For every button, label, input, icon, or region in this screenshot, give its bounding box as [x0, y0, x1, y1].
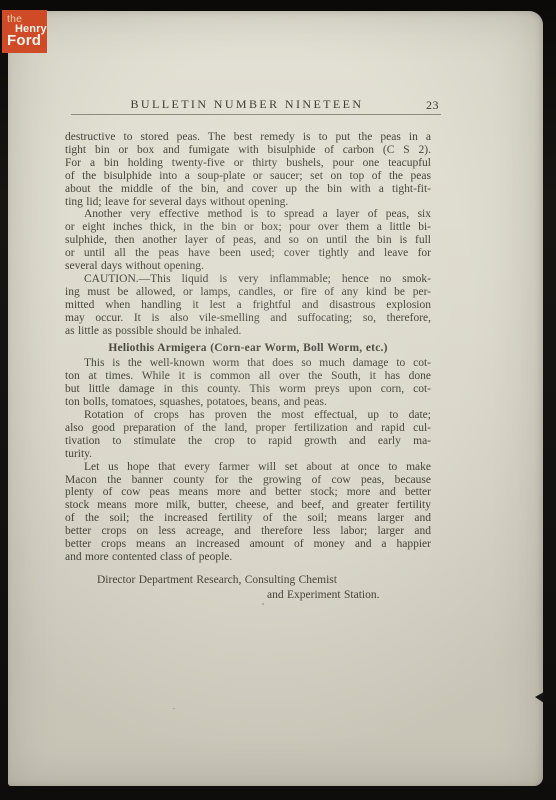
paragraph: Rotation of crops has proven the most ef…: [65, 409, 431, 461]
page-header: BULLETIN NUMBER NINETEEN 23: [65, 97, 439, 113]
signature-line-2: and Experiment Station.: [65, 588, 431, 603]
text-line: ing must be allowed, or lamps, candles, …: [65, 286, 431, 299]
text-line: ton bolls, tomatoes, squashes, potatoes,…: [65, 396, 431, 409]
paragraph: This is the well-known worm that does so…: [65, 357, 431, 409]
text-line: Macon the banner county for the growing …: [65, 474, 431, 487]
text-line: may occur. It is also vile-smelling and …: [65, 312, 431, 325]
text-line: sulphide, then another layer of peas, an…: [65, 234, 431, 247]
paragraph: Let us hope that every farmer will set a…: [65, 461, 431, 564]
text-line: of the bisulphide into a soup-plate or s…: [65, 170, 431, 183]
scan-speck: [262, 603, 264, 605]
text-body: destructive to stored peas. The best rem…: [65, 131, 431, 603]
text-line: CAUTION.—This liquid is very inflammable…: [65, 273, 431, 286]
page-number: 23: [426, 98, 439, 113]
text-line: Rotation of crops has proven the most ef…: [65, 409, 431, 422]
text-line: several days without opening.: [65, 260, 431, 273]
text-line: better crops means an increased amount o…: [65, 538, 431, 551]
text-line: For a bin holding twenty-five or thirty …: [65, 157, 431, 170]
text-line: or eight inches thick, in the bin or box…: [65, 221, 431, 234]
bulletin-title: BULLETIN NUMBER NINETEEN: [81, 97, 413, 112]
henry-ford-logo: the Henry Ford: [2, 10, 47, 53]
text-line: Another very effective method is to spre…: [65, 208, 431, 221]
section-heading: Heliothis Armigera (Corn-ear Worm, Boll …: [65, 342, 431, 355]
text-line: tight bin or box and fumigate with bisul…: [65, 144, 431, 157]
text-line: or until all the peas have been used; co…: [65, 247, 431, 260]
text-line: Let us hope that every farmer will set a…: [65, 461, 431, 474]
scanned-page: BULLETIN NUMBER NINETEEN 23 destructive …: [8, 11, 543, 786]
header-rule: [71, 114, 441, 115]
text-line: destructive to stored peas. The best rem…: [65, 131, 431, 144]
text-line: stock means more milk, butter, cheese, a…: [65, 499, 431, 512]
text-line: ton at times. While it is common all ove…: [65, 370, 431, 383]
paragraph: destructive to stored peas. The best rem…: [65, 131, 431, 208]
text-line: but little damage in this county. This w…: [65, 383, 431, 396]
text-line: mitted when handling it lest a frightful…: [65, 299, 431, 312]
text-line: about the middle of the bin, and cover u…: [65, 183, 431, 196]
logo-text-ford: Ford: [7, 32, 41, 49]
text-line: ting lid; leave for several days without…: [65, 196, 431, 209]
text-line: as little as possible should be inhaled.: [65, 325, 431, 338]
text-line: plenty of cow peas means more and better…: [65, 486, 431, 499]
signature-line-1: Director Department Research, Consulting…: [65, 573, 431, 588]
paper-edge-notch: [535, 692, 544, 703]
paragraph: Another very effective method is to spre…: [65, 208, 431, 273]
archive-photo-background: { "page": { "logo": { "prefix": "the", "…: [0, 0, 556, 800]
text-line: turity.: [65, 448, 431, 461]
text-line: better crops on less acreage, and theref…: [65, 525, 431, 538]
text-line: and more contented class of people.: [65, 551, 431, 564]
paragraph: CAUTION.—This liquid is very inflammable…: [65, 273, 431, 338]
text-line: This is the well-known worm that does so…: [65, 357, 431, 370]
text-line: also good preparation of the land, prope…: [65, 422, 431, 435]
signature-block: Director Department Research, Consulting…: [65, 573, 431, 603]
scan-speck: [173, 708, 175, 709]
text-line: of the soil; the increased fertility of …: [65, 512, 431, 525]
text-line: tivation to stimulate the crop to rapid …: [65, 435, 431, 448]
